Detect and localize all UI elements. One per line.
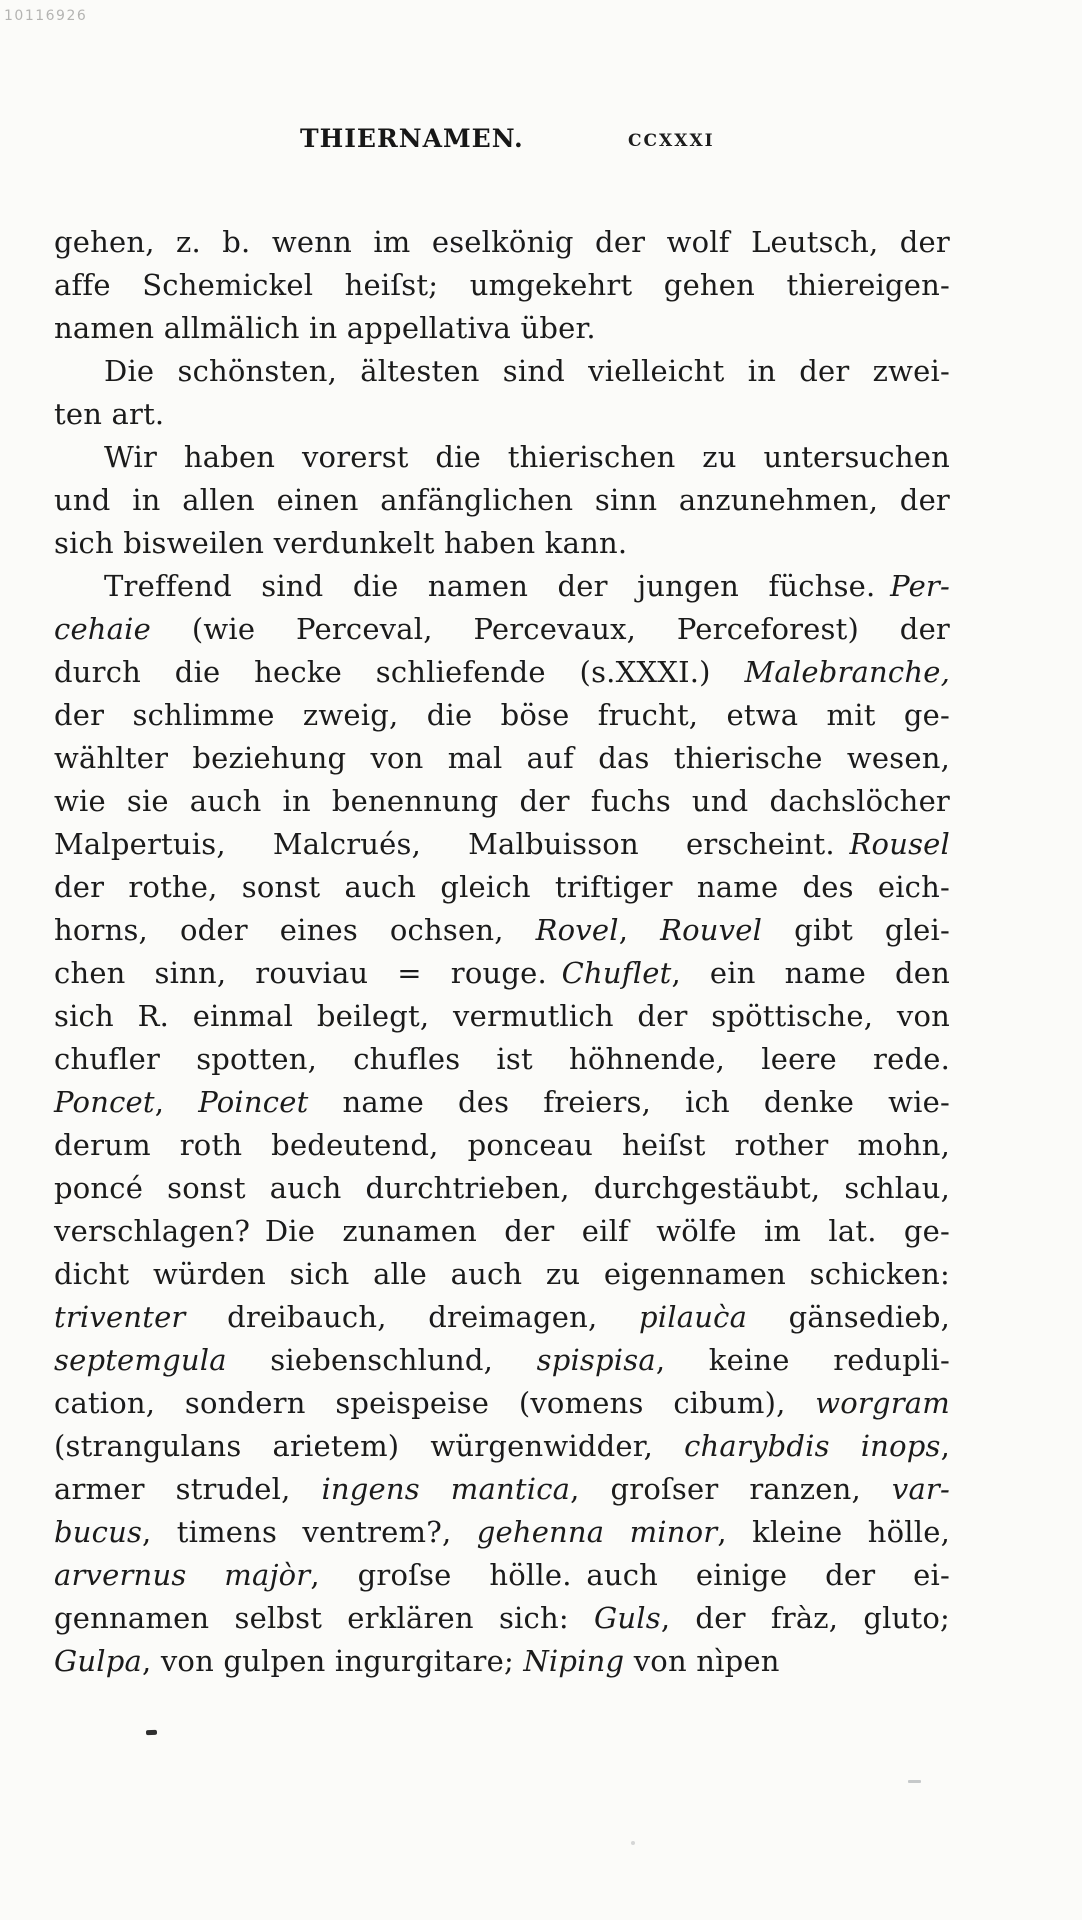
text-segment: gänsedieb, — [747, 1300, 950, 1334]
text-segment: ten art. — [54, 397, 164, 431]
text-segment-italic: Rousel — [850, 827, 951, 861]
text-segment: dreibauch, dreimagen, — [186, 1300, 640, 1334]
text-segment: , — [619, 913, 660, 947]
text-segment: Die schönsten, ältesten sind vielleicht … — [104, 354, 950, 388]
text-line: namen allmälich in appellativa über. — [54, 307, 950, 350]
text-line: armer strudel, ingens mantica, groſser r… — [54, 1468, 950, 1511]
page-title: THIERNAMEN. — [300, 124, 524, 153]
text-segment: wählter beziehung von mal auf das thieri… — [54, 741, 950, 775]
text-segment: dicht würden sich alle auch zu eigenname… — [54, 1257, 950, 1291]
text-line: gehen, z. b. wenn im eselkönig der wolf … — [54, 221, 950, 264]
text-segment-italic: Poincet — [198, 1085, 308, 1119]
text-segment: chufler spotten, chufles ist höhnende, l… — [54, 1042, 950, 1076]
text-segment: , groſser ranzen, — [570, 1472, 892, 1506]
text-segment: sich bisweilen verdunkelt haben kann. — [54, 526, 627, 560]
scan-artifact-number: 10116926 — [4, 8, 87, 24]
text-segment: , timens ventrem?, — [142, 1515, 477, 1549]
text-segment: verschlagen? Die zunamen der eilf wölfe … — [54, 1214, 950, 1248]
text-segment-italic: Malebranche, — [744, 655, 950, 689]
text-segment: affe Schemickel heiſst; umgekehrt gehen … — [54, 268, 950, 302]
text-segment: von nìpen — [624, 1644, 779, 1678]
text-segment: poncé sonst auch durchtrieben, durchgest… — [54, 1171, 950, 1205]
text-segment-italic: Rouvel — [660, 913, 762, 947]
text-line: cehaie (wie Perceval, Percevaux, Percefo… — [54, 608, 950, 651]
text-segment: siebenschlund, — [227, 1343, 537, 1377]
text-line: chufler spotten, chufles ist höhnende, l… — [54, 1038, 950, 1081]
text-segment: , — [155, 1085, 198, 1119]
text-segment: , — [941, 1429, 950, 1463]
text-segment-italic: Gulpa — [54, 1644, 142, 1678]
book-page: { "artifact": { "scan_number": "10116926… — [0, 0, 1082, 1920]
text-line: der rothe, sonst auch gleich triftiger n… — [54, 866, 950, 909]
text-segment-italic: spispisa — [537, 1343, 656, 1377]
text-segment: der rothe, sonst auch gleich triftiger n… — [54, 870, 950, 904]
text-line: chen sinn, rouviau = rouge. Chuflet, ein… — [54, 952, 950, 995]
text-line: durch die hecke schliefende (s.XXXI.) Ma… — [54, 651, 950, 694]
text-segment-italic: cehaie — [54, 612, 151, 646]
text-segment-italic: var- — [892, 1472, 950, 1506]
ink-mark — [146, 1730, 157, 1736]
text-line: bucus, timens ventrem?, gehenna minor, k… — [54, 1511, 950, 1554]
text-segment-italic: bucus — [54, 1515, 142, 1549]
text-segment: , ein name den — [671, 956, 950, 990]
text-line: Treffend sind die namen der jungen füchs… — [54, 565, 950, 608]
text-segment: , keine redupli- — [656, 1343, 950, 1377]
text-line: sich bisweilen verdunkelt haben kann. — [54, 522, 950, 565]
text-segment-italic: worgram — [815, 1386, 950, 1420]
ink-mark — [908, 1780, 921, 1783]
text-segment: Malpertuis, Malcrués, Malbuisson erschei… — [54, 827, 850, 861]
text-line: Die schönsten, ältesten sind vielleicht … — [54, 350, 950, 393]
text-segment-italic: Rovel — [536, 913, 619, 947]
text-segment-italic: septemgula — [54, 1343, 227, 1377]
text-line: (strangulans arietem) würgenwidder, char… — [54, 1425, 950, 1468]
text-segment-italic: pilauc̀a — [639, 1300, 747, 1334]
text-segment-italic: Per- — [890, 569, 950, 603]
text-line: gennamen selbst erklären sich: Guls, der… — [54, 1597, 950, 1640]
text-line: Wir haben vorerst die thierischen zu unt… — [54, 436, 950, 479]
text-segment-italic: arvernus majòr — [54, 1558, 310, 1592]
text-line: horns, oder eines ochsen, Rovel, Rouvel … — [54, 909, 950, 952]
text-line: wie sie auch in benennung der fuchs und … — [54, 780, 950, 823]
text-segment: cation, sondern speispeise (vomens cibum… — [54, 1386, 815, 1420]
text-line: septemgula siebenschlund, spispisa, kein… — [54, 1339, 950, 1382]
text-line: triventer dreibauch, dreimagen, pilauc̀a… — [54, 1296, 950, 1339]
text-segment: (wie Perceval, Percevaux, Perceforest) d… — [151, 612, 950, 646]
text-segment: sich R. einmal beilegt, vermutlich der s… — [54, 999, 950, 1033]
text-line: Poncet, Poincet name des freiers, ich de… — [54, 1081, 950, 1124]
text-segment: derum roth bedeutend, ponceau heiſst rot… — [54, 1128, 950, 1162]
text-segment: name des freiers, ich denke wie- — [308, 1085, 950, 1119]
text-line: Malpertuis, Malcrués, Malbuisson erschei… — [54, 823, 950, 866]
text-segment: wie sie auch in benennung der fuchs und … — [54, 784, 950, 818]
text-line: der schlimme zweig, die böse frucht, etw… — [54, 694, 950, 737]
text-segment: gehen, z. b. wenn im eselkönig der wolf … — [54, 225, 950, 259]
text-segment: Treffend sind die namen der jungen füchs… — [104, 569, 890, 603]
text-segment-italic: Niping — [523, 1644, 624, 1678]
text-segment: durch die hecke schliefende (s.XXXI.) — [54, 655, 744, 689]
page-header: THIERNAMEN. CCXXXI — [0, 124, 1082, 164]
text-segment: chen sinn, rouviau = rouge. — [54, 956, 562, 990]
text-segment-italic: charybdis inops — [684, 1429, 940, 1463]
text-line: wählter beziehung von mal auf das thieri… — [54, 737, 950, 780]
text-line: poncé sonst auch durchtrieben, durchgest… — [54, 1167, 950, 1210]
text-segment: und in allen einen anfänglichen sinn anz… — [54, 483, 950, 517]
text-segment: Wir haben vorerst die thierischen zu unt… — [104, 440, 950, 474]
text-line: arvernus majòr, groſse hölle. auch einig… — [54, 1554, 950, 1597]
text-segment: , der fràz, gluto; — [661, 1601, 950, 1635]
text-segment: , von gulpen ingurgitare; — [142, 1644, 523, 1678]
text-line: und in allen einen anfänglichen sinn anz… — [54, 479, 950, 522]
text-segment: der schlimme zweig, die böse frucht, etw… — [54, 698, 950, 732]
text-segment: (strangulans arietem) würgenwidder, — [54, 1429, 684, 1463]
page-number: CCXXXI — [628, 131, 715, 151]
ink-mark — [631, 1841, 635, 1845]
text-segment-italic: gehenna minor — [477, 1515, 718, 1549]
text-line: sich R. einmal beilegt, vermutlich der s… — [54, 995, 950, 1038]
text-segment: , groſse hölle. auch einige der ei- — [310, 1558, 950, 1592]
text-segment: namen allmälich in appellativa über. — [54, 311, 596, 345]
text-line: dicht würden sich alle auch zu eigenname… — [54, 1253, 950, 1296]
text-block: gehen, z. b. wenn im eselkönig der wolf … — [54, 221, 950, 1683]
text-segment: gibt glei- — [762, 913, 950, 947]
text-line: affe Schemickel heiſst; umgekehrt gehen … — [54, 264, 950, 307]
text-segment-italic: Guls — [594, 1601, 661, 1635]
text-segment: gennamen selbst erklären sich: — [54, 1601, 594, 1635]
text-segment-italic: Chuflet — [562, 956, 672, 990]
text-line: verschlagen? Die zunamen der eilf wölfe … — [54, 1210, 950, 1253]
text-line: derum roth bedeutend, ponceau heiſst rot… — [54, 1124, 950, 1167]
text-segment-italic: ingens mantica — [321, 1472, 570, 1506]
text-line: cation, sondern speispeise (vomens cibum… — [54, 1382, 950, 1425]
text-line: ten art. — [54, 393, 950, 436]
text-segment-italic: triventer — [54, 1300, 186, 1334]
text-segment: armer strudel, — [54, 1472, 321, 1506]
text-segment: horns, oder eines ochsen, — [54, 913, 536, 947]
text-line: Gulpa, von gulpen ingurgitare; Niping vo… — [54, 1640, 950, 1683]
text-segment: , kleine hölle, — [717, 1515, 950, 1549]
text-segment-italic: Poncet — [54, 1085, 155, 1119]
